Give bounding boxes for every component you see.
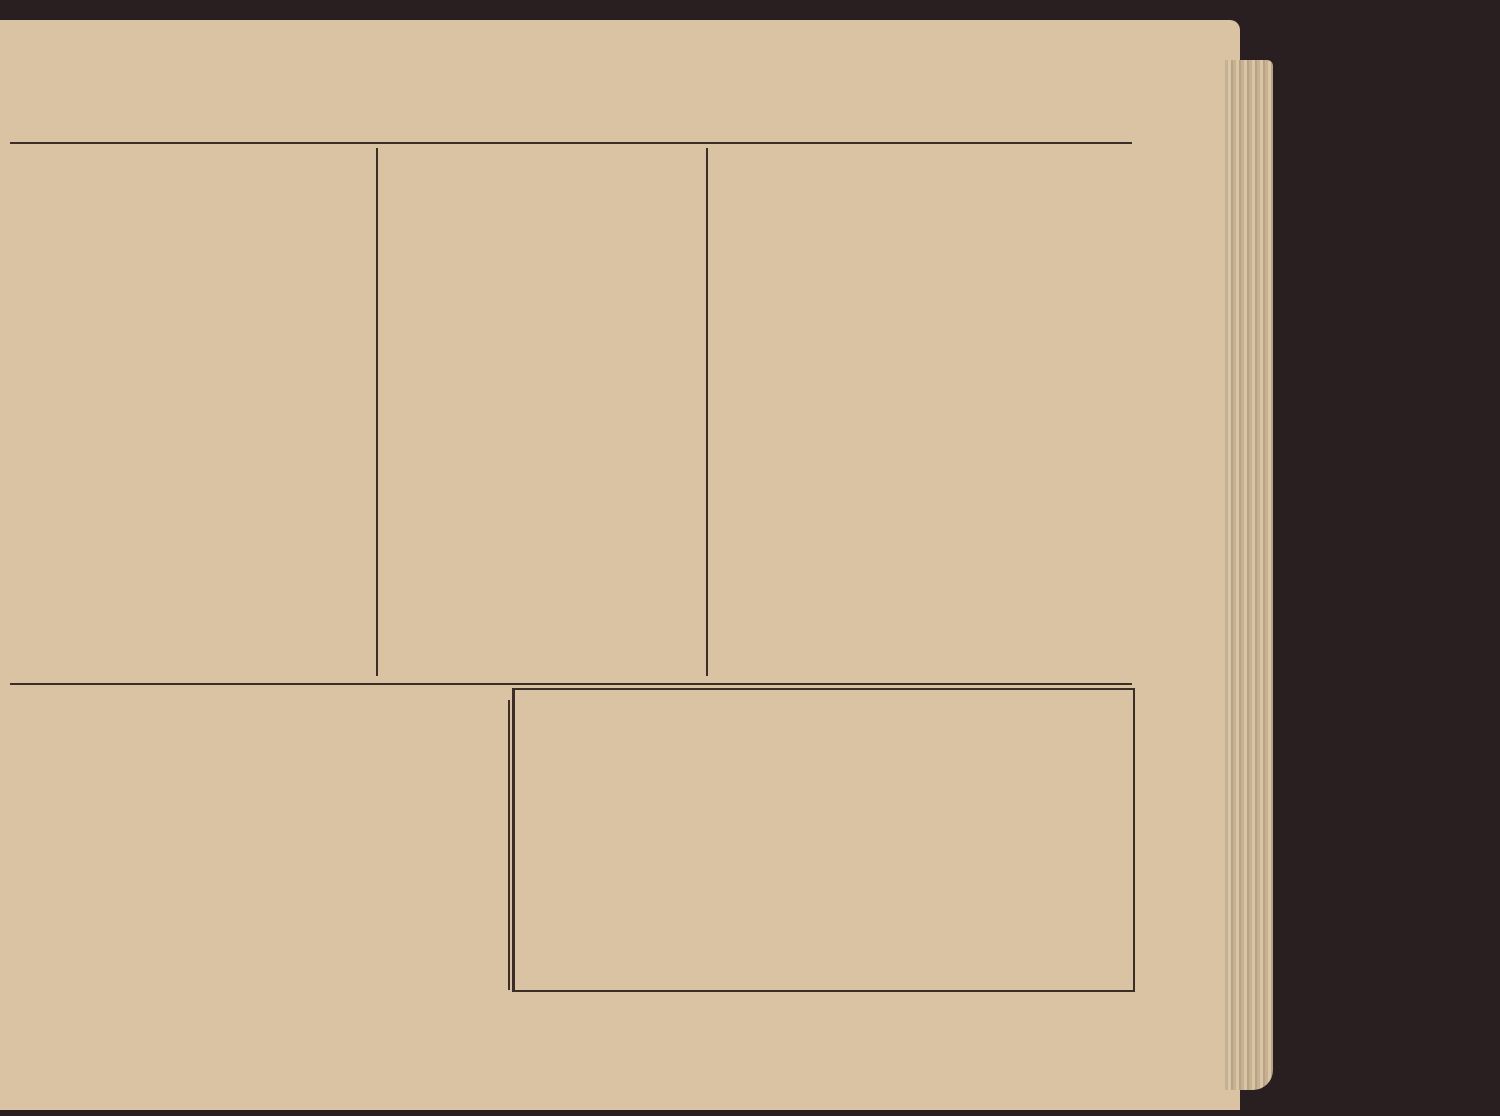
divider [706, 148, 708, 676]
section-316-frame [512, 688, 1135, 992]
section-rule [10, 683, 1132, 685]
divider [508, 700, 510, 990]
divider [376, 148, 378, 676]
page-edges [1225, 60, 1273, 1090]
header-rule [10, 142, 1132, 144]
